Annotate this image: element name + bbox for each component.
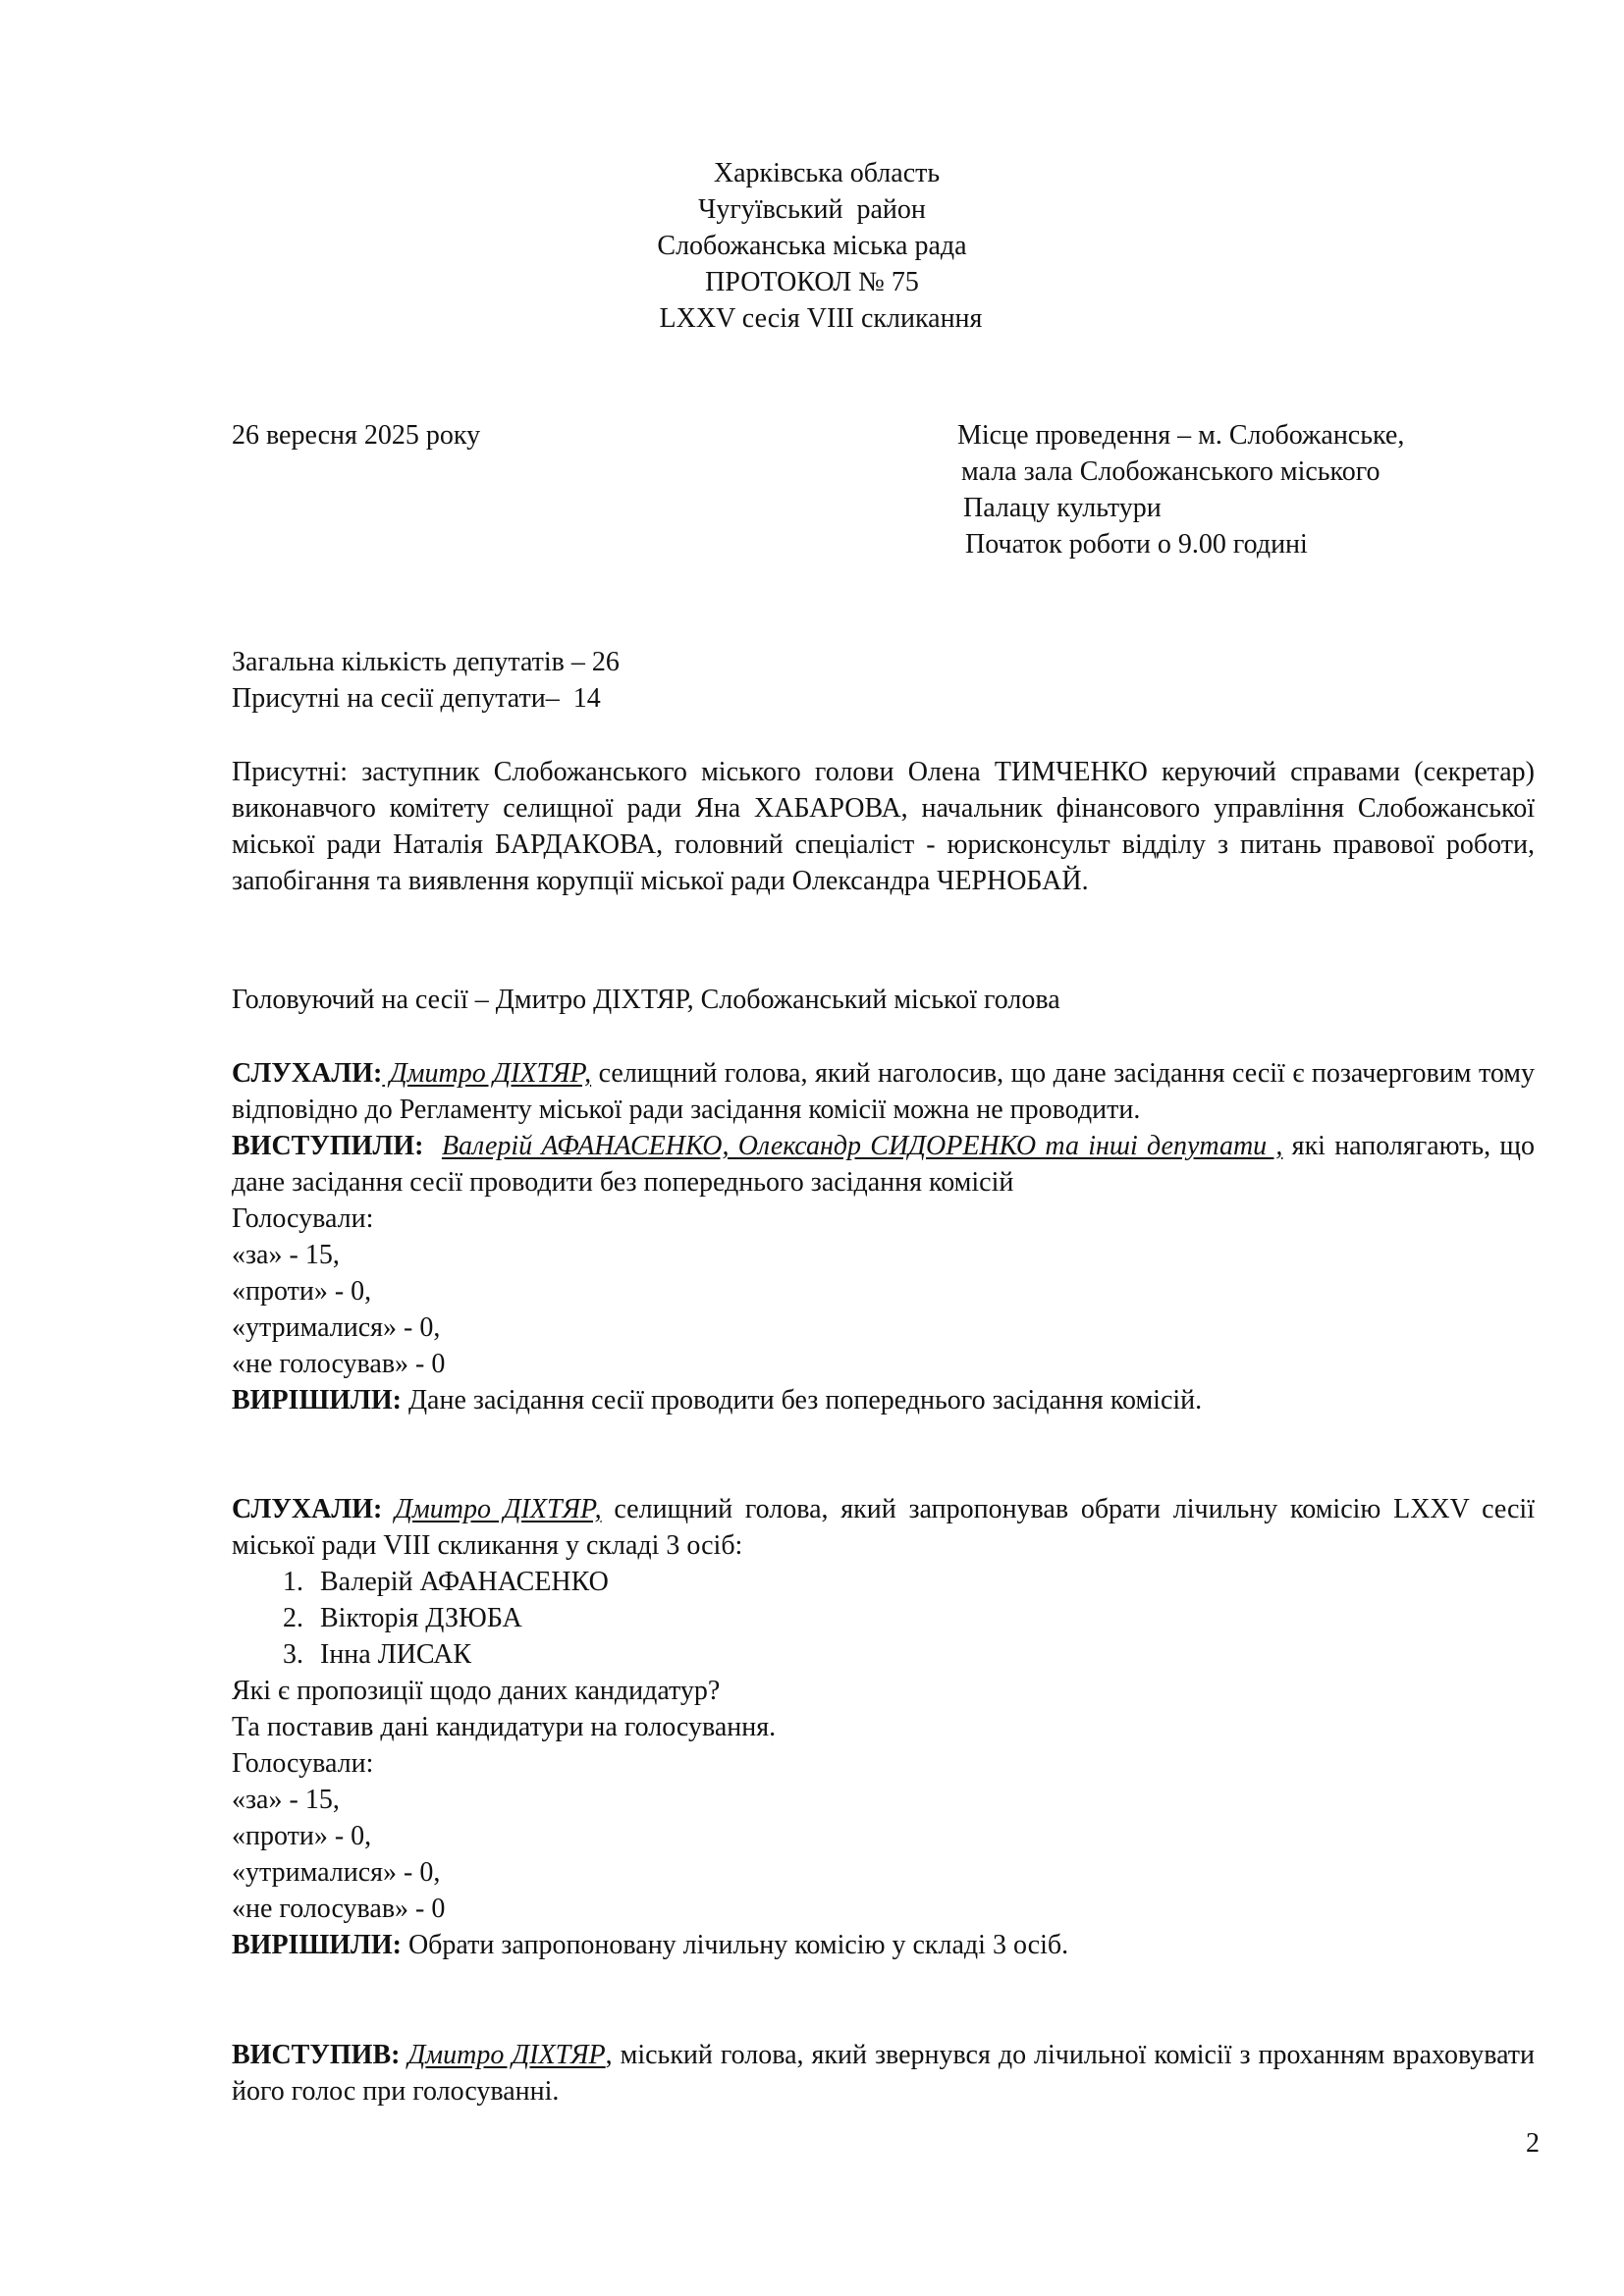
speaker-name: Дмитро ДІХТЯР, [395,1494,602,1524]
decided-paragraph: ВИРІШИЛИ: Обрати запропоновану лічильну … [232,1927,1535,1963]
attendance: Загальна кількість депутатів – 26 Присут… [232,644,1535,717]
spoke-label: ВИСТУПИВ: [232,2040,400,2070]
vote-against: «проти» - 0, [232,1818,1535,1854]
decided-text: Дане засідання сесії проводити без попер… [402,1385,1202,1415]
district-line: Чугуївський район [0,191,1624,228]
place-line: Місце проведення – м. Слобожанське, [957,417,1404,454]
put-to-vote-line: Та поставив дані кандидатури на голосува… [232,1709,1535,1745]
document-header: Харківська область Чугуївський район Сло… [0,155,1624,337]
present-deputies: Присутні на сесії депутати– 14 [232,680,1535,717]
decided-text: Обрати запропоновану лічильну комісію у … [402,1930,1068,1960]
vote-abstained: «утрималися» - 0, [232,1854,1535,1891]
voted-label: Голосували: [232,1201,1535,1237]
question-line: Які є пропозиції щодо даних кандидатур? [232,1673,1535,1709]
vote-for: «за» - 15, [232,1237,1535,1273]
voted-label: Голосували: [232,1745,1535,1782]
vote-not-voted: «не голосував» - 0 [232,1891,1535,1927]
speaker-name: Дмитро ДІХТЯР, [382,1058,591,1089]
place-line: мала зала Слобожанського міського [957,454,1404,490]
candidate-name: Вікторія ДЗЮБА [320,1600,522,1636]
candidate-name: Інна ЛИСАК [320,1636,471,1673]
agenda-item-1: СЛУХАЛИ: Дмитро ДІХТЯР, селищний голова,… [232,1055,1535,1418]
agenda-item-2: СЛУХАЛИ: Дмитро ДІХТЯР, селищний голова,… [232,1491,1535,1963]
total-deputies: Загальна кількість депутатів – 26 [232,644,1535,680]
heard-paragraph: СЛУХАЛИ: Дмитро ДІХТЯР, селищний голова,… [232,1055,1535,1128]
spoke-paragraph: ВИСТУПИЛИ: Валерій АФАНАСЕНКО, Олександр… [232,1128,1535,1201]
counting-commission-list: 1.Валерій АФАНАСЕНКО 2.Вікторія ДЗЮБА 3.… [232,1564,1535,1673]
decided-label: ВИРІШИЛИ: [232,1930,402,1960]
chair-line: Головуючий на сесії – Дмитро ДІХТЯР, Сло… [232,982,1535,1018]
council-line: Слобожанська міська рада [0,228,1624,264]
candidate-item: 2.Вікторія ДЗЮБА [232,1600,1535,1636]
protocol-title: ПРОТОКОЛ № 75 [0,264,1624,300]
session-line: LXXV сесія VIII скликання [0,300,1624,337]
meeting-date: 26 вересня 2025 року [232,417,480,454]
meeting-place: Місце проведення – м. Слобожанське, мала… [957,417,1404,562]
heard-label: СЛУХАЛИ: [232,1494,382,1524]
candidate-name: Валерій АФАНАСЕНКО [320,1564,609,1600]
present-officials-paragraph: Присутні: заступник Слобожанського міськ… [232,754,1535,899]
vote-abstained: «утрималися» - 0, [232,1309,1535,1346]
speaker-names: Валерій АФАНАСЕНКО, Олександр СИДОРЕНКО … [442,1131,1283,1161]
spoke-label: ВИСТУПИЛИ: [232,1131,423,1161]
agenda-item-3: ВИСТУПИВ: Дмитро ДІХТЯР, міський голова,… [232,2037,1535,2109]
vote-against: «проти» - 0, [232,1273,1535,1309]
heard-paragraph: СЛУХАЛИ: Дмитро ДІХТЯР, селищний голова,… [232,1491,1535,1564]
heard-label: СЛУХАЛИ: [232,1058,382,1089]
start-time-line: Початок роботи о 9.00 годині [957,526,1404,562]
candidate-item: 1.Валерій АФАНАСЕНКО [232,1564,1535,1600]
vote-for: «за» - 15, [232,1782,1535,1818]
decided-label: ВИРІШИЛИ: [232,1385,402,1415]
list-number: 1. [283,1564,312,1600]
vote-not-voted: «не голосував» - 0 [232,1346,1535,1382]
list-number: 3. [283,1636,312,1673]
list-number: 2. [283,1600,312,1636]
region-line: Харківська область [0,155,1624,191]
page-number: 2 [1526,2125,1540,2162]
decided-paragraph: ВИРІШИЛИ: Дане засідання сесії проводити… [232,1382,1535,1418]
speaker-name: Дмитро ДІХТЯР [407,2040,605,2070]
candidate-item: 3.Інна ЛИСАК [232,1636,1535,1673]
place-line: Палацу культури [957,490,1404,526]
